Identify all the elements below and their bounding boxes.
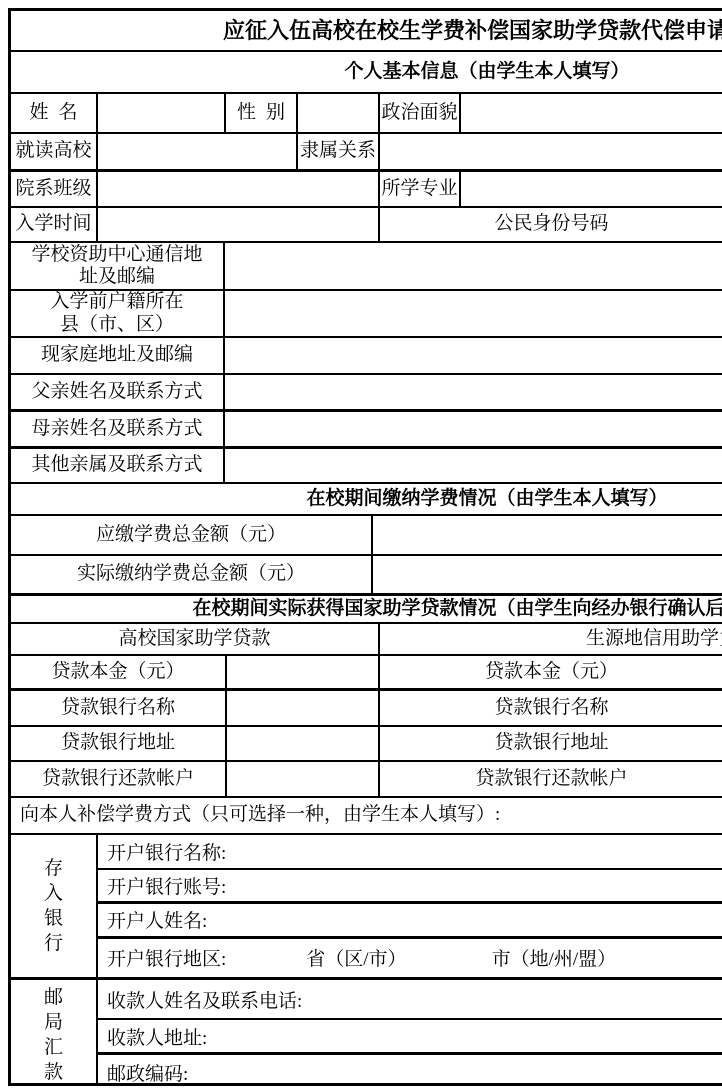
tuition-due-input-cell[interactable] bbox=[373, 516, 722, 554]
table-row: 院系班级 所学专业 bbox=[11, 172, 722, 208]
postal-vertical-label: 邮局汇款 bbox=[43, 985, 65, 1085]
aid-center-address-label: 学校资助中心通信地 址及邮编 bbox=[11, 243, 225, 289]
campus-principal-input-cell[interactable] bbox=[227, 656, 380, 688]
father-contact-input-cell[interactable] bbox=[225, 375, 722, 409]
university-label: 就读高校 bbox=[11, 134, 98, 169]
university-input-cell[interactable] bbox=[98, 134, 298, 169]
campus-principal-label: 贷款本金（元） bbox=[11, 656, 227, 688]
payee-name-row[interactable]: 收款人姓名及联系电话: bbox=[98, 980, 722, 1020]
bank-deposit-vertical-label: 存入银行 bbox=[43, 856, 65, 956]
section-header-loans: 在校期间实际获得国家助学贷款情况（由学生向经办银行确认后填写） bbox=[11, 596, 722, 622]
tuition-due-label: 应缴学费总金额（元） bbox=[11, 516, 373, 554]
postcode-label: 邮政编码: bbox=[107, 1059, 188, 1086]
campus-loan-header: 高校国家助学贷款 bbox=[11, 624, 380, 654]
deposit-city-label: 市（地/州/盟） bbox=[492, 944, 617, 971]
hukou-county-input-cell[interactable] bbox=[225, 291, 722, 336]
payee-name-label: 收款人姓名及联系电话: bbox=[107, 986, 302, 1013]
political-status-input-cell[interactable] bbox=[461, 94, 722, 132]
table-row: 母亲姓名及联系方式 bbox=[11, 412, 722, 449]
origin-bank-addr-label: 贷款银行地址 bbox=[380, 727, 722, 760]
table-row: 在校期间实际获得国家助学贷款情况（由学生向经办银行确认后填写） bbox=[11, 596, 722, 624]
other-relatives-label: 其他亲属及联系方式 bbox=[11, 449, 225, 482]
application-form-table: 应征入伍高校在校生学费补偿国家助学贷款代偿申请表 个人基本信息（由学生本人填写）… bbox=[8, 8, 722, 1086]
table-row: 在校期间缴纳学费情况（由学生本人填写） bbox=[11, 484, 722, 516]
affiliation-input-cell[interactable] bbox=[380, 134, 722, 169]
gender-input-cell[interactable] bbox=[298, 94, 380, 132]
table-row: 贷款银行还款帐户 贷款银行还款帐户 bbox=[11, 762, 722, 798]
table-row: 其他亲属及联系方式 bbox=[11, 449, 722, 484]
dept-class-input-cell[interactable] bbox=[98, 172, 380, 206]
other-relatives-input-cell[interactable] bbox=[225, 449, 722, 482]
origin-principal-label: 贷款本金（元） bbox=[380, 656, 722, 688]
postal-group-label: 邮局汇款 bbox=[11, 980, 98, 1086]
compensation-method-label: 向本人补偿学费方式（只可选择一种，由学生本人填写）: bbox=[11, 798, 722, 833]
name-input-cell[interactable] bbox=[98, 94, 226, 132]
deposit-region-row[interactable]: 开户银行地区: 省（区/市） 市（地/州/盟） bbox=[98, 939, 722, 977]
table-row: 贷款本金（元） 贷款本金（元） bbox=[11, 656, 722, 691]
table-row: 应缴学费总金额（元） bbox=[11, 516, 722, 556]
deposit-bank-name-label: 开户银行名称: bbox=[107, 838, 226, 865]
table-row: 学校资助中心通信地 址及邮编 bbox=[11, 243, 722, 291]
form-title: 应征入伍高校在校生学费补偿国家助学贷款代偿申请表 bbox=[11, 11, 722, 50]
bank-deposit-fields: 开户银行名称: 开户银行账号: 开户人姓名: 开户银行地区: 省（区/市） 市（… bbox=[98, 835, 722, 977]
citizen-id-label: 公民身份号码 bbox=[380, 208, 722, 241]
aid-center-address-input-cell[interactable] bbox=[225, 243, 722, 289]
postcode-row[interactable]: 邮政编码: bbox=[98, 1055, 722, 1086]
name-label: 姓名 bbox=[11, 94, 98, 132]
origin-bank-name-label: 贷款银行名称 bbox=[380, 691, 722, 725]
table-row: 向本人补偿学费方式（只可选择一种，由学生本人填写）: bbox=[11, 798, 722, 835]
table-row: 入学时间 公民身份号码 bbox=[11, 208, 722, 243]
hukou-county-label: 入学前户籍所在 县（市、区） bbox=[11, 291, 225, 336]
payee-address-label: 收款人地址: bbox=[107, 1023, 207, 1050]
political-status-label: 政治面貌 bbox=[380, 94, 461, 132]
table-row: 贷款银行名称 贷款银行名称 bbox=[11, 691, 722, 727]
deposit-account-row[interactable]: 开户银行账号: bbox=[98, 870, 722, 903]
home-address-label: 现家庭地址及邮编 bbox=[11, 338, 225, 373]
table-row: 应征入伍高校在校生学费补偿国家助学贷款代偿申请表 bbox=[11, 11, 722, 52]
mother-contact-input-cell[interactable] bbox=[225, 412, 722, 446]
deposit-bank-name-row[interactable]: 开户银行名称: bbox=[98, 835, 722, 870]
bank-deposit-group-label: 存入银行 bbox=[11, 835, 98, 977]
deposit-holder-row[interactable]: 开户人姓名: bbox=[98, 904, 722, 939]
postal-remittance-group: 邮局汇款 收款人姓名及联系电话: 收款人地址: 邮政编码: bbox=[11, 980, 722, 1086]
bank-deposit-group: 存入银行 开户银行名称: 开户银行账号: 开户人姓名: 开户银行地区: 省（区/… bbox=[11, 835, 722, 980]
deposit-holder-label: 开户人姓名: bbox=[107, 906, 207, 933]
deposit-province-label: 省（区/市） bbox=[306, 944, 406, 971]
campus-bank-account-label: 贷款银行还款帐户 bbox=[11, 762, 227, 796]
section-header-personal-info: 个人基本信息（由学生本人填写） bbox=[11, 52, 722, 92]
table-row: 现家庭地址及邮编 bbox=[11, 338, 722, 375]
table-row: 就读高校 隶属关系 bbox=[11, 134, 722, 172]
table-row: 姓名 性别 政治面貌 bbox=[11, 94, 722, 134]
deposit-account-label: 开户银行账号: bbox=[107, 872, 226, 899]
father-contact-label: 父亲姓名及联系方式 bbox=[11, 375, 225, 409]
table-row: 父亲姓名及联系方式 bbox=[11, 375, 722, 412]
postal-fields: 收款人姓名及联系电话: 收款人地址: 邮政编码: bbox=[98, 980, 722, 1086]
table-row: 高校国家助学贷款 生源地信用助学贷款 bbox=[11, 624, 722, 656]
table-row: 实际缴纳学费总金额（元） bbox=[11, 556, 722, 596]
tuition-paid-input-cell[interactable] bbox=[373, 556, 722, 593]
section-header-tuition: 在校期间缴纳学费情况（由学生本人填写） bbox=[11, 484, 722, 514]
major-input-cell[interactable] bbox=[461, 172, 722, 206]
affiliation-label: 隶属关系 bbox=[298, 134, 380, 169]
table-row: 贷款银行地址 贷款银行地址 bbox=[11, 727, 722, 762]
campus-bank-addr-label: 贷款银行地址 bbox=[11, 727, 227, 760]
payee-address-row[interactable]: 收款人地址: bbox=[98, 1020, 722, 1055]
table-row: 个人基本信息（由学生本人填写） bbox=[11, 52, 722, 94]
home-address-input-cell[interactable] bbox=[225, 338, 722, 373]
campus-bank-account-input-cell[interactable] bbox=[227, 762, 380, 796]
table-row: 入学前户籍所在 县（市、区） bbox=[11, 291, 722, 338]
mother-contact-label: 母亲姓名及联系方式 bbox=[11, 412, 225, 446]
campus-bank-addr-input-cell[interactable] bbox=[227, 727, 380, 760]
enroll-date-label: 入学时间 bbox=[11, 208, 98, 241]
origin-bank-account-label: 贷款银行还款帐户 bbox=[380, 762, 722, 796]
enroll-date-input-cell[interactable] bbox=[98, 208, 380, 241]
origin-loan-header: 生源地信用助学贷款 bbox=[380, 624, 722, 654]
tuition-paid-label: 实际缴纳学费总金额（元） bbox=[11, 556, 373, 593]
campus-bank-name-label: 贷款银行名称 bbox=[11, 691, 227, 725]
campus-bank-name-input-cell[interactable] bbox=[227, 691, 380, 725]
gender-label: 性别 bbox=[226, 94, 298, 132]
dept-class-label: 院系班级 bbox=[11, 172, 98, 206]
deposit-region-label: 开户银行地区: bbox=[107, 944, 226, 971]
major-label: 所学专业 bbox=[380, 172, 461, 206]
